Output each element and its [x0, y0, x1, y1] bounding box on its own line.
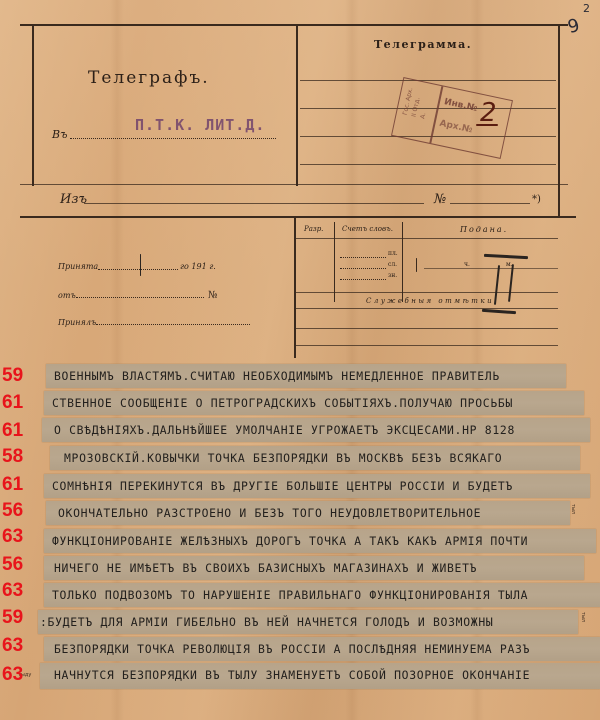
number-label: №: [434, 192, 446, 207]
table-line: [296, 328, 558, 329]
stamp-inv-label: Инв.№: [443, 97, 478, 114]
line-count-annotation: 63: [2, 527, 23, 547]
table-left-border: [294, 218, 296, 358]
accepted-line: [98, 269, 178, 270]
unit-pl: пл.: [388, 250, 398, 257]
strip-text: :БУДЕТЪ ДЛЯ АРМІИ ГИБЕЛЬНО ВЪ НЕЙ НАЧНЕТ…: [40, 615, 493, 629]
table-header-line: [296, 238, 558, 239]
line-count-annotation: 63: [2, 581, 23, 601]
table-line: [296, 345, 558, 346]
telegram-strip: ТОЛЬКО ПОДВОЗОМЪ ТО НАРУШЕНІЕ ПРАВИЛЬНАГ…: [44, 583, 600, 607]
table-col-divider: [334, 222, 335, 302]
top-border: [20, 24, 568, 26]
form-title-telegraf: Телеграфъ.: [88, 68, 210, 88]
row-divider-thick: [20, 216, 576, 218]
iz-line: [84, 203, 424, 204]
accepted-label: Принята: [58, 262, 98, 271]
strip-text: БЕЗПОРЯДКИ ТОЧКА РЕВОЛЮЦІЯ ВЪ РОССІИ А П…: [54, 642, 530, 656]
telegram-strip: СТВЕННОЕ СООБЩЕНІЕ О ПЕТРОГРАДСКИХЪ СОБЫ…: [44, 391, 584, 415]
center-divider: [296, 26, 298, 186]
table-line: [296, 292, 558, 293]
iz-label: Изъ: [60, 192, 87, 207]
line-count-annotation: 61: [2, 393, 23, 413]
line-count-annotation: 61: [2, 475, 23, 495]
from-small-line: [76, 297, 204, 298]
strip-text: ФУНКЦІОНИРОВАНІЕ ЖЕЛѢЗНЫХЪ ДОРОГЪ ТОЧКА …: [52, 534, 528, 548]
telegram-strip: МРОЗОВСКІЙ.КОВЫЧКИ ТОЧКА БЕЗПОРЯДКИ ВЪ М…: [50, 446, 580, 470]
strip-text: МРОЗОВСКІЙ.КОВЫЧКИ ТОЧКА БЕЗПОРЯДКИ ВЪ М…: [64, 451, 502, 465]
line-count-annotation: 63: [2, 636, 23, 656]
form-title-telegram: Телеграмма.: [374, 38, 472, 51]
left-border: [32, 26, 34, 186]
strip-text: СОМНѢНІЯ ПЕРЕКИНУТСЯ ВЪ ДРУГІЕ БОЛЬШІЕ Ц…: [52, 479, 513, 493]
telegram-strip: ФУНКЦІОНИРОВАНІЕ ЖЕЛѢЗНЫХЪ ДОРОГЪ ТОЧКА …: [44, 529, 596, 553]
unit-sl: сл.: [388, 261, 397, 268]
header-submitted: Подана.: [460, 225, 508, 234]
corner-page-number: 9: [565, 15, 581, 38]
table-line: [296, 308, 558, 309]
strip-text: НАЧНУТСЯ БЕЗПОРЯДКИ ВЪ ТЫЛУ ЗНАМЕНУЕТЪ С…: [54, 668, 530, 682]
word-count-line: [340, 268, 386, 269]
strip-text: ТОЛЬКО ПОДВОЗОМЪ ТО НАРУШЕНІЕ ПРАВИЛЬНАГ…: [52, 588, 528, 602]
from-small-label: отъ: [58, 291, 76, 300]
word-count-line: [340, 279, 386, 280]
from-no-label: №: [208, 290, 217, 301]
telegram-strip: О СВѢДѢНІЯХЪ.ДАЛЬНѢЙШЕЕ УМОЛЧАНІЕ УГРОЖА…: [42, 418, 590, 442]
line-count-annotation: 58: [2, 447, 23, 467]
received-line: [96, 324, 250, 325]
right-border: [558, 26, 560, 216]
side-note: тыл: [570, 504, 576, 514]
strip-text: ОКОНЧАТЕЛЬНО РАЗСТРОЕНО И БЕЗЪ ТОГО НЕУД…: [58, 506, 481, 520]
telegram-strip: ВОЕННЫМЪ ВЛАСТЯМЪ.СЧИТАЮ НЕОБХОДИМЫМЪ НЕ…: [46, 364, 566, 388]
telegram-strip: НАЧНУТСЯ БЕЗПОРЯДКИ ВЪ ТЫЛУ ЗНАМЕНУЕТЪ С…: [40, 663, 600, 689]
telegram-strip: :БУДЕТЪ ДЛЯ АРМІИ ГИБЕЛЬНО ВЪ НЕЙ НАЧНЕТ…: [38, 610, 578, 634]
unit-h: ч.: [464, 261, 470, 268]
strip-text: ВОЕННЫМЪ ВЛАСТЯМЪ.СЧИТАЮ НЕОБХОДИМЫМЪ НЕ…: [54, 369, 500, 383]
word-count-line: [340, 257, 386, 258]
tick-mark: [416, 258, 417, 272]
corner-superscript: 2: [583, 2, 590, 15]
line-count-annotation: 59: [2, 366, 23, 386]
line-count-annotation: 59: [2, 608, 23, 628]
table-col-divider: [402, 222, 403, 302]
side-note: тыл: [580, 612, 586, 622]
line-count-annotation: 63: [2, 665, 23, 685]
stamp-arch-label: Арх.№: [439, 119, 474, 136]
number-suffix: *): [532, 194, 541, 205]
ruled-line: [300, 164, 556, 165]
strip-text: О СВѢДѢНІЯХЪ.ДАЛЬНѢЙШЕЕ УМОЛЧАНІЕ УГРОЖА…: [54, 423, 515, 437]
ruled-line: [300, 80, 556, 81]
unit-zn: зн.: [388, 272, 397, 279]
received-label: Принялъ: [58, 318, 96, 327]
telegram-strip: СОМНѢНІЯ ПЕРЕКИНУТСЯ ВЪ ДРУГІЕ БОЛЬШІЕ Ц…: [44, 474, 590, 498]
submitted-line: [424, 268, 558, 269]
strip-text: НИЧЕГО НЕ ИМѢЕТЪ ВЪ СВОИХЪ БАЗИСНЫХЪ МАГ…: [54, 561, 477, 575]
telegram-strip: ОКОНЧАТЕЛЬНО РАЗСТРОЕНО И БЕЗЪ ТОГО НЕУД…: [46, 501, 570, 525]
service-notes-label: Служебныя отмѣтки.: [366, 297, 499, 305]
handwritten-underline: [476, 124, 498, 126]
line-count-annotation: 56: [2, 501, 23, 521]
number-line: [450, 203, 530, 204]
strip-text: СТВЕННОЕ СООБЩЕНІЕ О ПЕТРОГРАДСКИХЪ СОБЫ…: [52, 396, 513, 410]
line-count-annotation: 56: [2, 555, 23, 575]
row-divider: [20, 184, 568, 185]
accepted-year: го 191 г.: [180, 262, 216, 271]
sender-stamp: П.Т.К. ЛИТ.Д.: [135, 116, 265, 134]
line-count-annotation: 61: [2, 421, 23, 441]
telegram-strip: БЕЗПОРЯДКИ ТОЧКА РЕВОЛЮЦІЯ ВЪ РОССІИ А П…: [44, 637, 600, 661]
header-razr: Разр.: [304, 225, 323, 233]
telegram-document: 9 2 Телеграфъ. Въ П.Т.К. ЛИТ.Д. Телеграм…: [0, 0, 600, 720]
from-line: [70, 138, 276, 139]
from-label: Въ: [52, 128, 67, 141]
pencil-mark: [140, 254, 141, 276]
telegram-strip: НИЧЕГО НЕ ИМѢЕТЪ ВЪ СВОИХЪ БАЗИСНЫХЪ МАГ…: [44, 556, 584, 580]
header-word-count: Счетъ словъ.: [342, 225, 393, 233]
